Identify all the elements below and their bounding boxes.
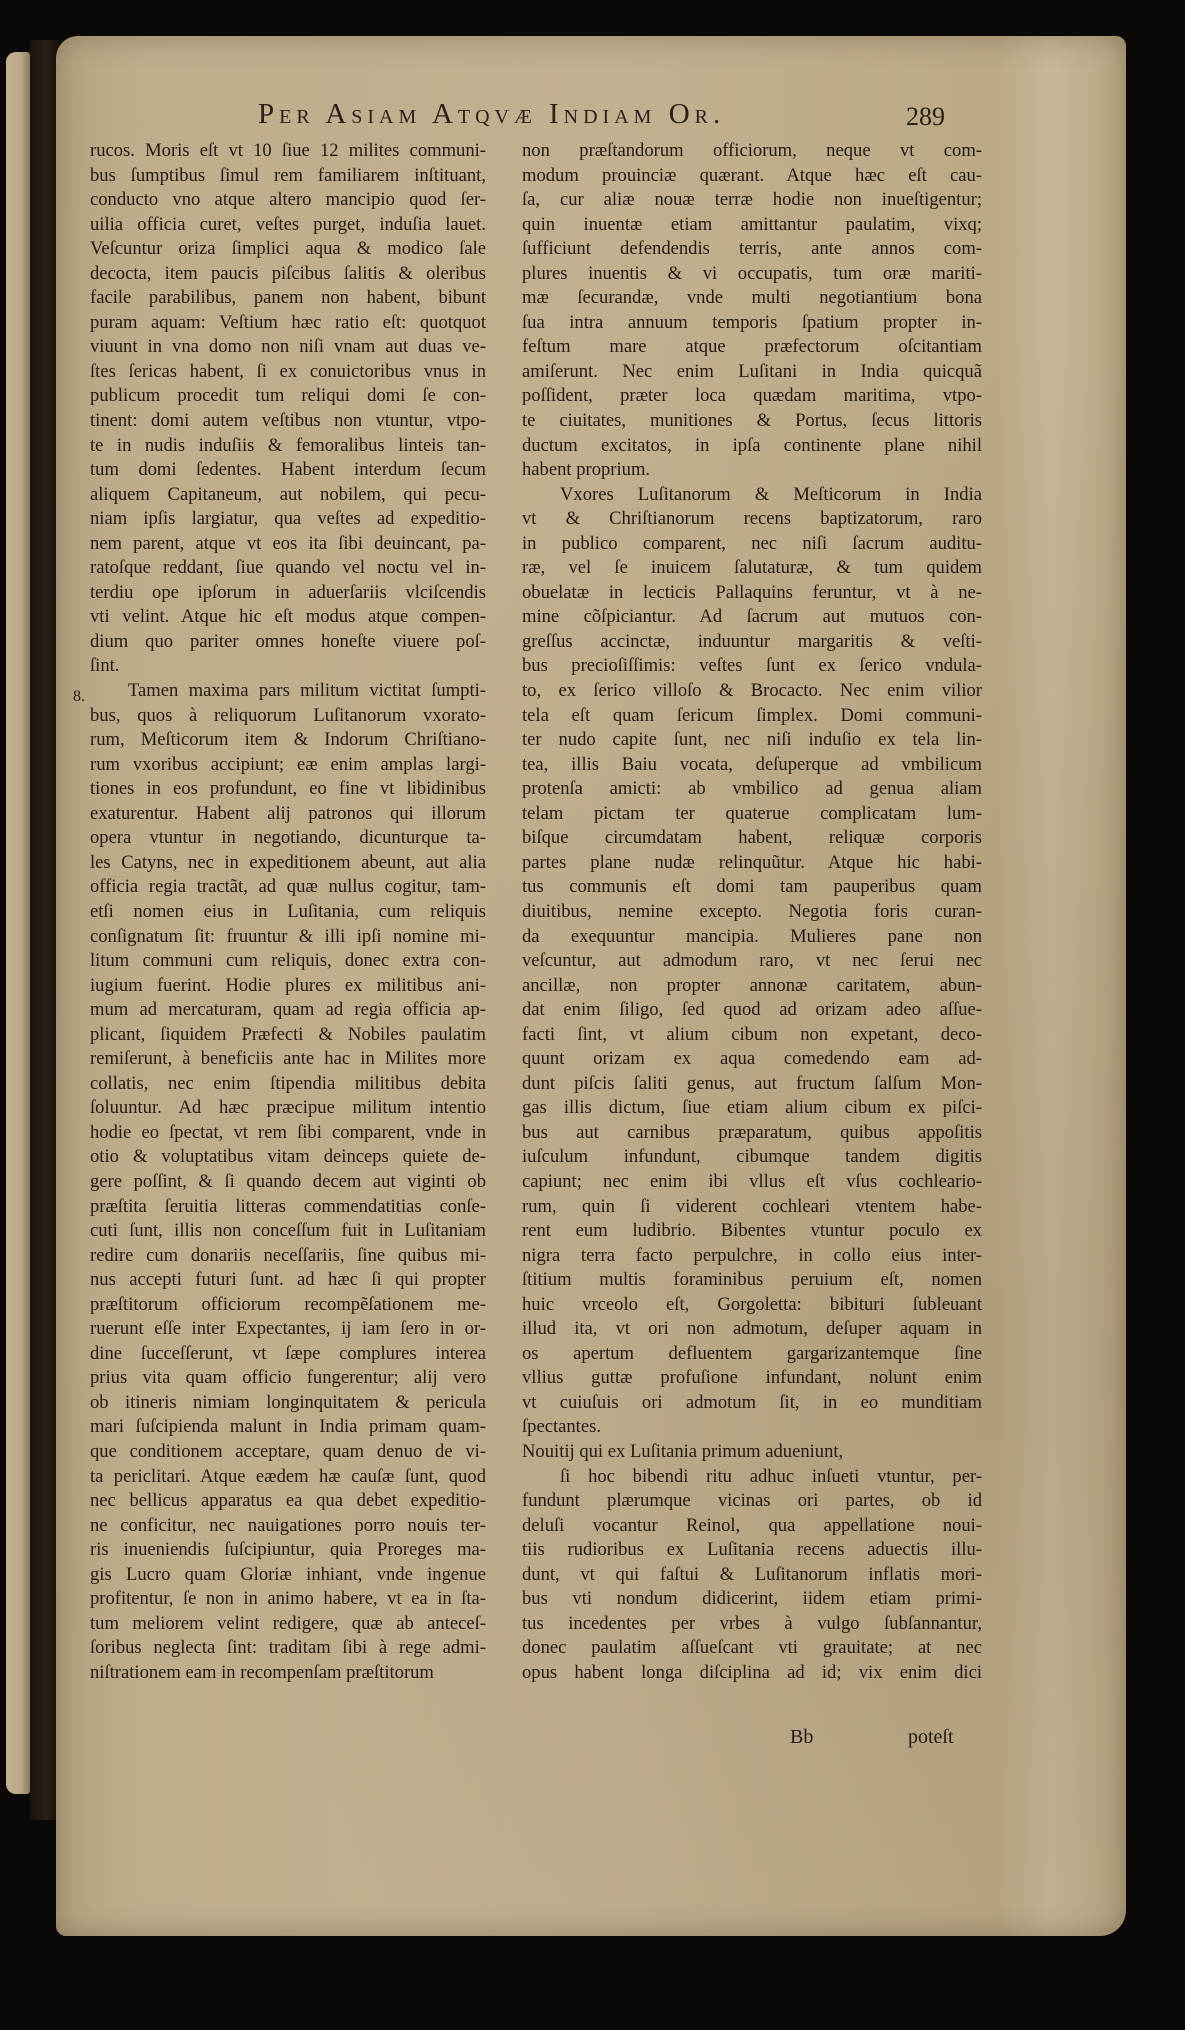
text-line: vllius guttæ profuſione infundant, nolun… [522, 1366, 982, 1391]
catchword: poteſt [908, 1726, 954, 1749]
text-line: plures inuentis & vi occupatis, tum oræ … [522, 262, 982, 287]
text-line: gis Lucro quam Gloriæ inhiant, vnde inge… [90, 1563, 486, 1588]
text-line: exaturentur. Habent alij patronos qui il… [90, 802, 486, 827]
text-line: biſque circumdatam habent, reliquæ corpo… [522, 826, 982, 851]
text-line: telam pictam ter quaterue complicatam lu… [522, 802, 982, 827]
text-line: dat enim ſiligo, ſed quod ad orizam adeo… [522, 998, 982, 1023]
text-line: quunt orizam ex aqua comedendo eam ad- [522, 1047, 982, 1072]
text-line: bus, quos à reliquorum Luſitanorum vxora… [90, 704, 486, 729]
text-line: viuunt in vna domo non niſi vnam aut dua… [90, 335, 486, 360]
text-line: conſignatum ſit: fruuntur & illi ipſi no… [90, 925, 486, 950]
running-head: Per Asiam Atqvæ Indiam Or. [258, 98, 818, 131]
text-line: niam ipſis largiatur, qua veſtes ad expe… [90, 507, 486, 532]
text-line: opus habent longa diſciplina ad id; vix … [522, 1661, 982, 1686]
text-line: iuſculum infundunt, cibumque tandem digi… [522, 1145, 982, 1170]
text-line: rum, Meſticorum item & Indorum Chriſtian… [90, 728, 486, 753]
text-line: rum vxoribus accipiunt; eæ enim amplas l… [90, 753, 486, 778]
text-line: mæ ſecurandæ, vnde multi negotiantium bo… [522, 286, 982, 311]
signature-mark: Bb [790, 1726, 813, 1749]
text-line: ſoribus neglecta ſint: traditam ſibi à r… [90, 1636, 486, 1661]
text-line: præſtitorum officiorum recompẽſationem m… [90, 1293, 486, 1318]
text-line: decocta, item paucis piſcibus ſalitis & … [90, 262, 486, 287]
text-line: collatis, nec enim ſtipendia militibus d… [90, 1072, 486, 1097]
text-line: huic vrceolo eſt, Gorgoletta: bibituri ſ… [522, 1293, 982, 1318]
text-line: os apertum defluentem gargarizantemque ſ… [522, 1342, 982, 1367]
text-line: ruerunt eſſe inter Expectantes, ij iam ſ… [90, 1317, 486, 1342]
text-line: publicum procedit tum reliqui domi ſe co… [90, 384, 486, 409]
text-line: mine cõſpiciantur. Ad ſacrum aut mutuos … [522, 605, 982, 630]
text-line: plicant, ſiquidem Præfecti & Nobiles pau… [90, 1023, 486, 1048]
text-line: Tamen maxima pars militum victitat ſumpt… [90, 679, 486, 704]
text-line: tela eſt quam ſericum ſimplex. Domi comm… [522, 704, 982, 729]
text-line: ob itineris nimiam longinquitatem & peri… [90, 1391, 486, 1416]
text-line: etſi nomen eius in Luſitania, cum reliqu… [90, 900, 486, 925]
text-line: dium quo pariter omnes honeſte viuere po… [90, 630, 486, 655]
text-line: opera vtuntur in negotiando, dicunturque… [90, 826, 486, 851]
text-line: ris inueniendis ſuſcipiuntur, quia Prore… [90, 1538, 486, 1563]
text-line: bus ſumptibus ſimul rem familiarem inſti… [90, 164, 486, 189]
text-line: dunt, vt qui faſtui & Luſitanorum inflat… [522, 1563, 982, 1588]
text-line: ſoluuntur. Ad hæc præcipue militum inten… [90, 1096, 486, 1121]
text-line: ræ, vel ſe inuicem ſalutaturæ, & tum qui… [522, 556, 982, 581]
text-line: ne conficitur, nec nauigationes porro no… [90, 1514, 486, 1539]
text-line: bus precioſiſſimis: veſtes ſunt ex ſeric… [522, 654, 982, 679]
text-line: facti ſint, vt alium cibum non expetant,… [522, 1023, 982, 1048]
right-text-column: non præſtandorum officiorum, neque vt co… [522, 139, 982, 1685]
text-line: rum, quin ſi viderent cochleari vtentem … [522, 1195, 982, 1220]
text-line: les Catyns, nec in expeditionem abeunt, … [90, 851, 486, 876]
text-line: nus accepti futuri ſunt. ad hæc ſi qui p… [90, 1268, 486, 1293]
text-line: cuti ſunt, illis non conceſſum fuit in L… [90, 1219, 486, 1244]
text-line: vti velint. Atque hic eſt modus atque co… [90, 605, 486, 630]
text-line: ſtes ſericas habent, ſi ex conuictoribus… [90, 360, 486, 385]
text-line: ductum excitatos, in ipſa continente pla… [522, 434, 982, 459]
text-line: dunt piſcis ſaliti genus, aut fructum ſa… [522, 1072, 982, 1097]
text-line: rucos. Moris eſt vt 10 ſiue 12 milites c… [90, 139, 486, 164]
text-line: quin inuentæ etiam amittantur paulatim, … [522, 213, 982, 238]
text-line: bus aut carnibus præparatum, quibus appo… [522, 1121, 982, 1146]
text-line: gere poſſint, & ſi quando decem aut vigi… [90, 1170, 486, 1195]
text-line: modum prouinciæ quærant. Atque hæc eſt c… [522, 164, 982, 189]
page-number: 289 [906, 102, 945, 132]
text-line: donec paulatim aſſueſcant vti grauitate;… [522, 1636, 982, 1661]
text-line: capiunt; nec enim ibi vllus eſt vſus coc… [522, 1170, 982, 1195]
text-line: tum meliorem velint redigere, quæ ab ant… [90, 1612, 486, 1637]
text-line: tus incedentes per vrbes à vulgo ſubſann… [522, 1612, 982, 1637]
text-line: ſint. [90, 654, 486, 679]
text-line: mari ſuſcipienda malunt in India primam … [90, 1415, 486, 1440]
text-line: præſtita ſeruitia litteras commendatitia… [90, 1195, 486, 1220]
text-line: protenſa amicti: ab vmbilico ad genua al… [522, 777, 982, 802]
text-line: vt cuiuſuis ori admotum ſit, in eo mundi… [522, 1391, 982, 1416]
text-line: veſcuntur, aut admodum raro, vt nec ſeru… [522, 949, 982, 974]
text-line: te ciuitates, munitiones & Portus, ſecus… [522, 409, 982, 434]
text-line: in publico comparent, nec niſi ſacrum au… [522, 532, 982, 557]
text-line: te in nudis induſiis & femoralibus linte… [90, 434, 486, 459]
text-line: redire cum donariis neceſſariis, ſine qu… [90, 1244, 486, 1269]
text-line: ratoſque reddant, ſiue quando vel noctu … [90, 556, 486, 581]
text-line: nem parent, atque vt eos ita ſibi deuinc… [90, 532, 486, 557]
text-line: non præſtandorum officiorum, neque vt co… [522, 139, 982, 164]
text-line: prius vita quam officio fungerentur; ali… [90, 1366, 486, 1391]
text-line: ſpectantes. [522, 1415, 982, 1440]
text-line: iugium fuerint. Hodie plures ex militibu… [90, 974, 486, 999]
paragraph-number: 8. [73, 688, 85, 706]
text-line: ſua intra annuum temporis ſpatium propte… [522, 311, 982, 336]
text-line: ter nudo capite ſunt, nec niſi induſio e… [522, 728, 982, 753]
text-line: uilia officia curet, veſtes purget, indu… [90, 213, 486, 238]
text-line: tiones in eos profundunt, eo fine vt lib… [90, 777, 486, 802]
text-line: niſtrationem eam in recompenſam præſtito… [90, 1661, 486, 1686]
text-line: tinent: domi autem veſtibus non vtuntur,… [90, 409, 486, 434]
text-line: fundunt plærumque vicinas ori partes, ob… [522, 1489, 982, 1514]
text-line: amiſerunt. Nec enim Luſitani in India qu… [522, 360, 982, 385]
text-line: litum communi cum reliquis, donec extra … [90, 949, 486, 974]
text-line: feſtum mare atque præfectorum oſcitantia… [522, 335, 982, 360]
text-line: ſa, cur aliæ nouæ terræ hodie non inueſt… [522, 188, 982, 213]
text-line: greſſus accinctæ, induuntur margaritis &… [522, 630, 982, 655]
text-line: to, ex ſerico villoſo & Brocacto. Nec en… [522, 679, 982, 704]
text-line: ancillæ, non propter annonæ caritatem, a… [522, 974, 982, 999]
text-line: vt & Chriſtianorum recens baptizatorum, … [522, 507, 982, 532]
text-line: deluſi vocantur Reinol, qua appellatione… [522, 1514, 982, 1539]
text-line: ſi hoc bibendi ritu adhuc inſueti vtuntu… [522, 1465, 982, 1490]
text-line: ta periclitari. Atque eædem hæ cauſæ ſun… [90, 1465, 486, 1490]
text-line: tea, illis Baiu vocata, deſuperque ad vm… [522, 753, 982, 778]
text-line: que conditionem acceptare, quam denuo de… [90, 1440, 486, 1465]
text-line: nec bellicus apparatus ea qua debet expe… [90, 1489, 486, 1514]
text-line: Vxores Luſitanorum & Meſticorum in India [522, 483, 982, 508]
text-line: da exequuntur mancipia. Mulieres pane no… [522, 925, 982, 950]
text-line: obuelatæ in lecticis Pallaquins feruntur… [522, 581, 982, 606]
text-line: remiſerunt, à beneficiis ante hac in Mil… [90, 1047, 486, 1072]
text-line: terdiu ope ipſorum in aduerſariis vlciſc… [90, 581, 486, 606]
text-line: dine ſucceſſerunt, vt ſæpe complures int… [90, 1342, 486, 1367]
text-line: mum ad mercaturam, quam ad regia officia… [90, 998, 486, 1023]
left-text-column: rucos. Moris eſt vt 10 ſiue 12 milites c… [90, 139, 486, 1685]
text-line: nigra terra facto perpulchre, in collo e… [522, 1244, 982, 1269]
text-line: puram aquam: Veſtium hæc ratio eſt: quot… [90, 311, 486, 336]
text-line: habent proprium. [522, 458, 982, 483]
text-line: tus communis eſt domi tam pauperibus qua… [522, 875, 982, 900]
text-line: Nouitij qui ex Luſitania primum adueniun… [522, 1440, 982, 1465]
text-line: otio & voluptatibus vitam deinceps quiet… [90, 1145, 486, 1170]
text-line: partes plane nudæ relinquũtur. Atque hic… [522, 851, 982, 876]
text-line: bus vti nondum didicerint, iidem etiam p… [522, 1587, 982, 1612]
text-line: rent eum ludibrio. Bibentes vtuntur pocu… [522, 1219, 982, 1244]
text-line: hodie eo ſpectat, vt rem ſibi comparent,… [90, 1121, 486, 1146]
text-line: facile parabilibus, panem non habent, bi… [90, 286, 486, 311]
previous-page-edge [6, 52, 30, 1794]
text-line: officia regia tractãt, ad quæ nullus cog… [90, 875, 486, 900]
text-line: gas illis dictum, ſiue etiam alium cibum… [522, 1096, 982, 1121]
text-line: conducto vno atque altero mancipio quod … [90, 188, 486, 213]
text-line: Veſcuntur oriza ſimplici aqua & modico ſ… [90, 237, 486, 262]
text-line: tiis rudioribus ex Luſitania recens adue… [522, 1538, 982, 1563]
text-line: illud ita, vt ori non admotum, deſuper a… [522, 1317, 982, 1342]
text-line: poſſident, præter loca quædam maritima, … [522, 384, 982, 409]
text-line: tum domi ſedentes. Habent interdum ſecum [90, 458, 486, 483]
text-line: aliquem Capitaneum, aut nobilem, qui pec… [90, 483, 486, 508]
text-line: ſtitium multis foraminibus peruium eſt, … [522, 1268, 982, 1293]
text-line: ſufficiunt defendendis terris, ante anno… [522, 237, 982, 262]
text-line: profitentur, ſe non in animo habere, vt … [90, 1587, 486, 1612]
text-line: diuitibus, nemine excepto. Negotia foris… [522, 900, 982, 925]
